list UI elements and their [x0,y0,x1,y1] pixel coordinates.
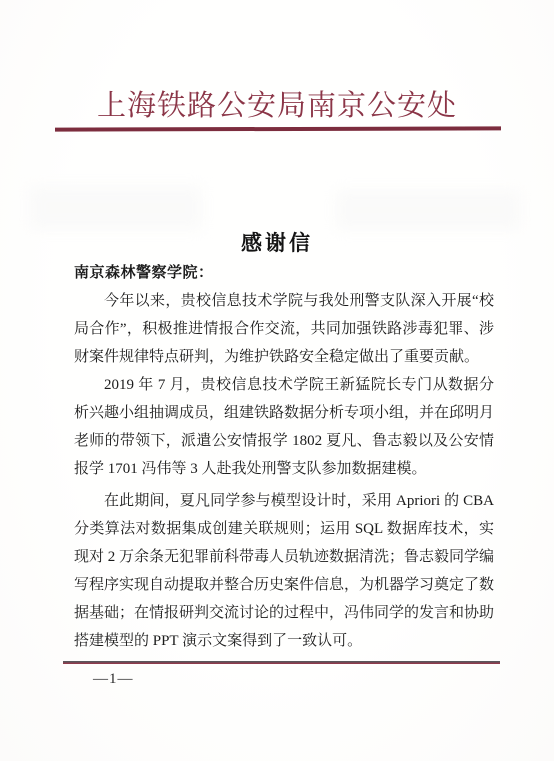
letter-body: 南京森林警察学院： 今年以来，贵校信息技术学院与我处刑警支队深入开展“校局合作”… [74,259,494,655]
footer-rule [63,661,500,664]
letter-title: 感谢信 [0,227,554,257]
paragraph-2: 2019 年 7 月，贵校信息技术学院王新猛院长专门从数据分析兴趣小组抽调成员，… [74,371,494,483]
paragraph-3: 在此期间，夏凡同学参与模型设计时，采用 Apriori 的 CBA 分类算法对数… [74,487,494,655]
paragraph-1: 今年以来，贵校信息技术学院与我处刑警支队深入开展“校局合作”，积极推进情报合作交… [74,287,494,371]
page-number: —1— [93,671,134,688]
agency-header-title: 上海铁路公安局南京公安处 [0,83,554,124]
scan-shading-artifact [336,190,520,230]
header-rule [55,126,501,131]
scanned-letter-page: 上海铁路公安局南京公安处 感谢信 南京森林警察学院： 今年以来，贵校信息技术学院… [0,0,554,761]
scan-shading-artifact [30,186,202,230]
salutation: 南京森林警察学院： [74,259,494,287]
